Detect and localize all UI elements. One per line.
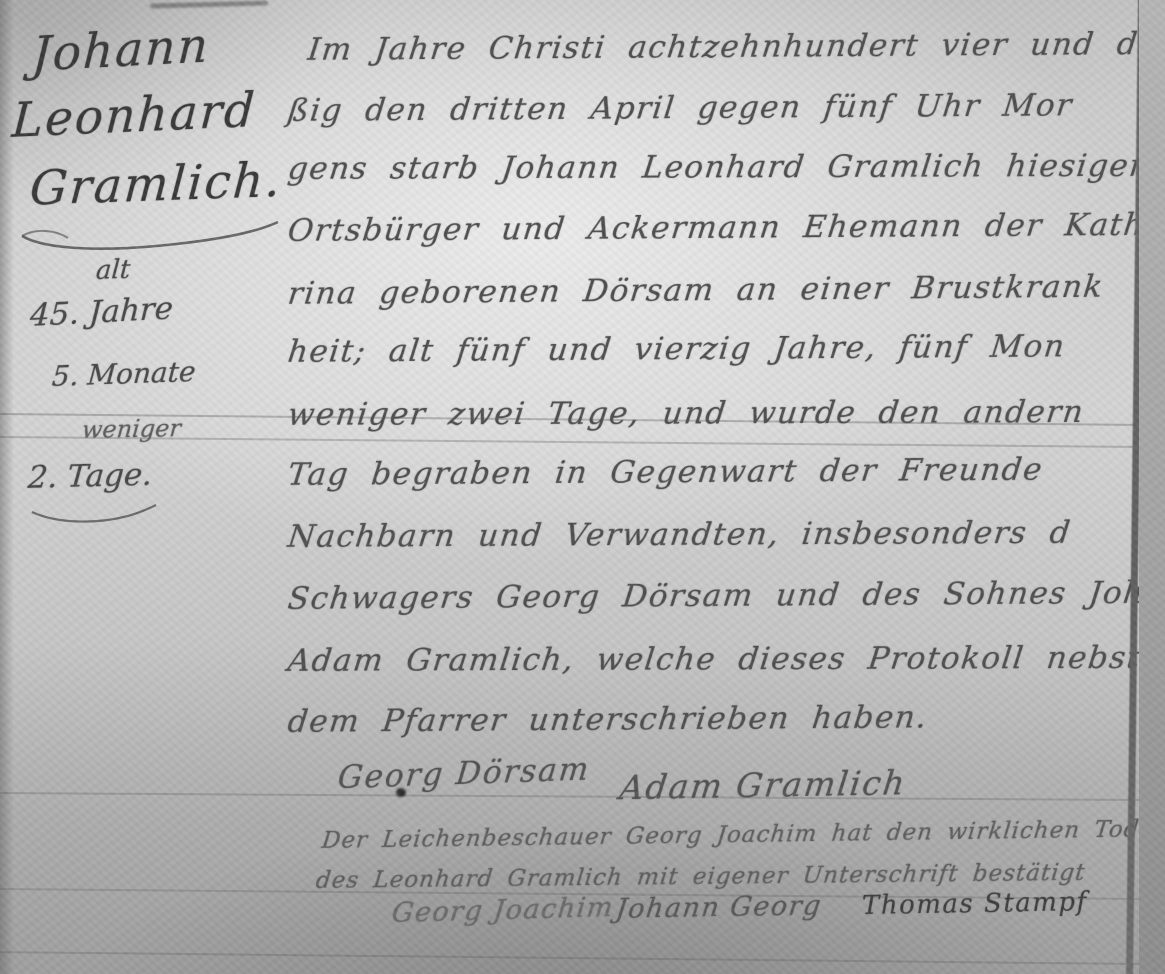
entry-line: Adam Gramlich, welche dieses Protokoll n… <box>286 640 1143 679</box>
death-register-scan: Johann Leonhard Gramlich. alt 45. Jahre … <box>0 0 1165 974</box>
signature-johann-georg: Johann Georg <box>614 890 824 925</box>
decedent-name-line: Johann <box>31 19 212 84</box>
entry-line: heit; alt fünf und vierzig Jahre, fünf M… <box>286 329 1068 370</box>
ruled-pencil-line <box>0 951 1165 965</box>
signature-georg-joachim: Georg Joachim <box>390 892 615 929</box>
entry-line: dem Pfarrer unterschrieben haben. <box>286 700 930 740</box>
entry-line: Im Jahre Christi achtzehnhundert vier un… <box>306 26 1165 68</box>
entry-line: weniger zwei Tage, und wurde den andern <box>286 394 1086 433</box>
age-months: 5. Monate <box>51 355 197 393</box>
entry-line: Tag begraben in Gegenwart der Freunde <box>286 452 1045 493</box>
age-years: 45. Jahre <box>29 290 174 334</box>
flourish-underline <box>16 218 284 254</box>
entry-line: ßig den dritten April gegen fünf Uhr Mor <box>286 88 1075 130</box>
entry-line: Schwagers Georg Dörsam und des Sohnes Jo… <box>286 575 1147 617</box>
decedent-name-line: Leonhard <box>10 83 258 149</box>
ink-blot <box>396 788 406 797</box>
age-label: alt <box>95 255 131 286</box>
signature-thomas-stampf: Thomas Stampf <box>862 887 1088 921</box>
entry-line: Nachbarn und Verwandten, insbesonders d <box>286 515 1073 555</box>
coroner-note-line: Der Leichenbeschauer Georg Joachim hat d… <box>321 817 1141 854</box>
entry-line: Ortsbürger und Ackermann Ehemann der Kat… <box>286 207 1147 249</box>
age-days: 2. Tage. <box>27 457 154 496</box>
previous-entry-fragment <box>150 0 268 8</box>
decedent-name-line: Gramlich. <box>28 153 284 217</box>
entry-line: gens starb Johann Leonhard Gramlich hies… <box>286 148 1148 187</box>
ruled-pencil-line <box>0 792 1165 801</box>
signature-georg-doersam: Georg Dörsam <box>336 751 592 796</box>
signature-adam-gramlich: Adam Gramlich <box>618 763 909 807</box>
age-minus-word: weniger <box>81 414 182 444</box>
flourish-underline <box>28 502 160 526</box>
entry-line: rina geborenen Dörsam an einer Brustkran… <box>286 269 1106 312</box>
right-edge-band <box>1139 0 1165 974</box>
